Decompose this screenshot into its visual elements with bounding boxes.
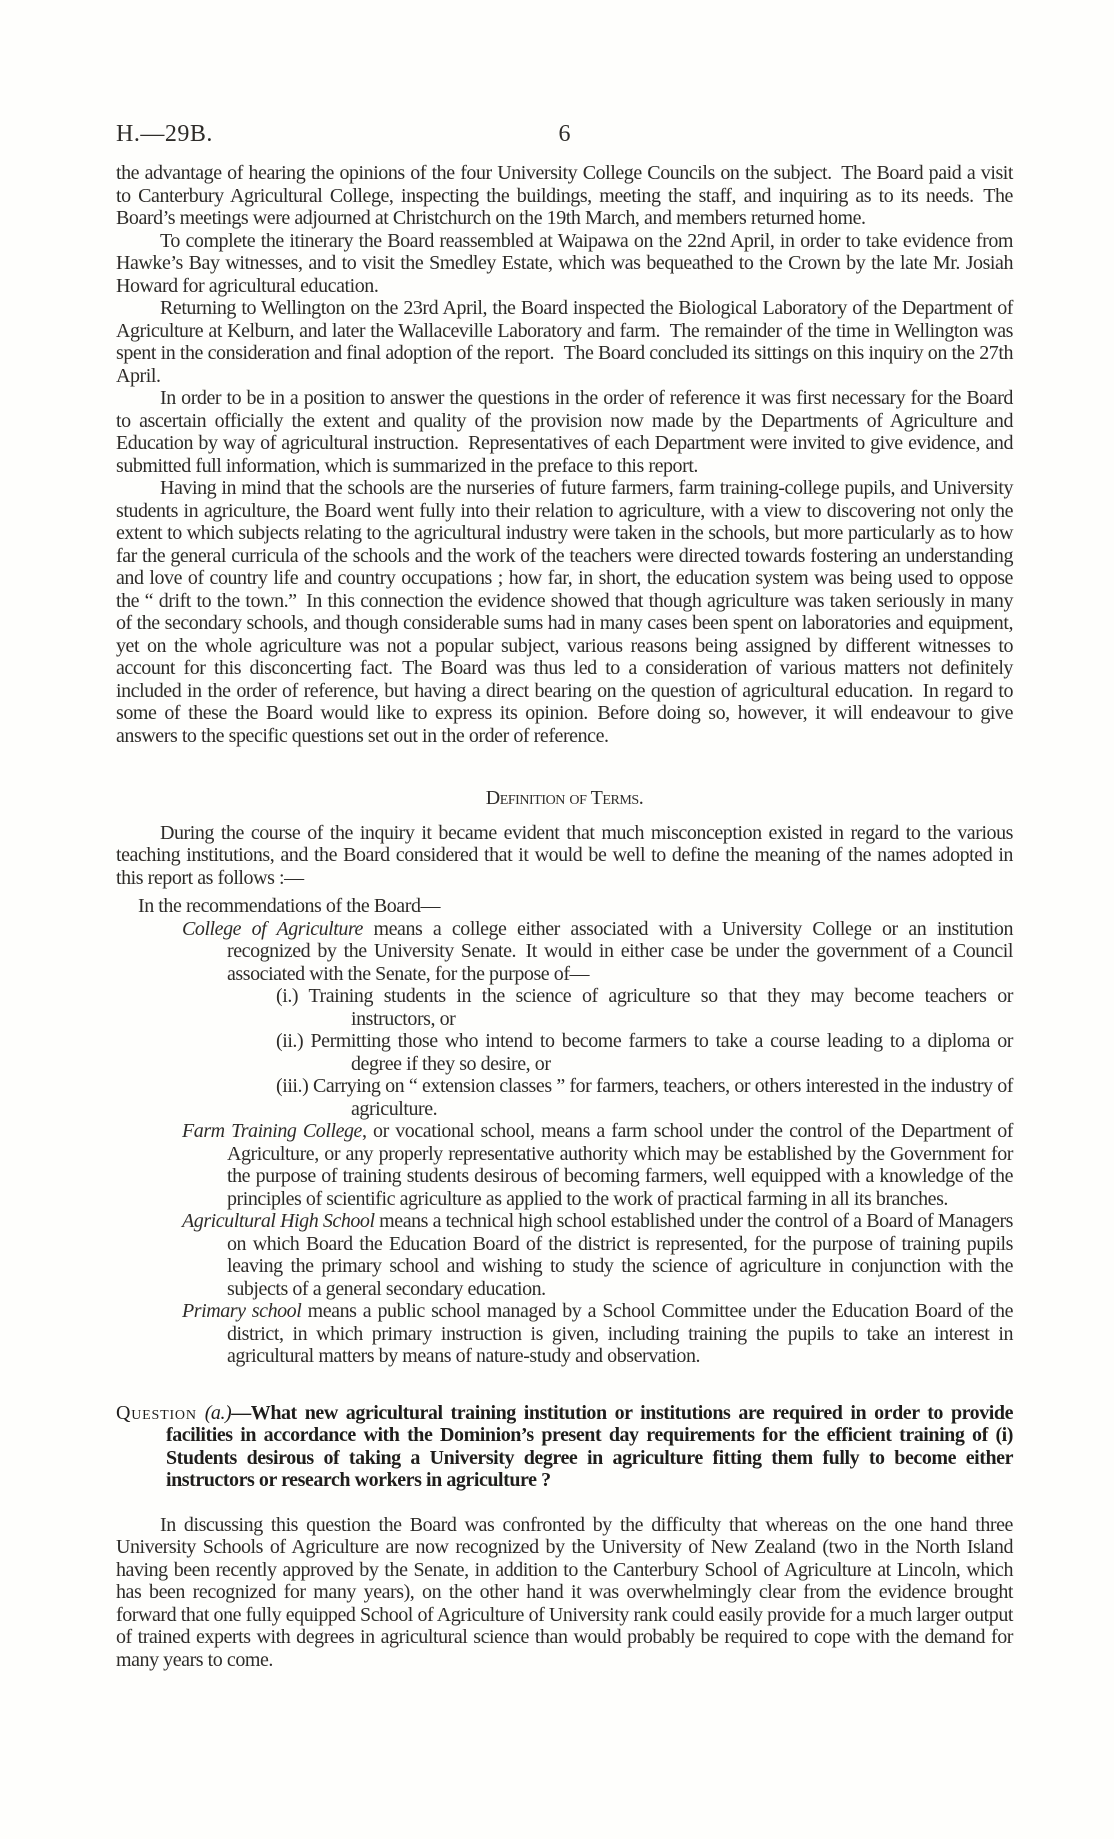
definition-subitem-i: (i.) Training students in the science of… xyxy=(116,985,1013,1030)
definition-item-college-of-agriculture: College of Agriculture means a college e… xyxy=(116,918,1013,986)
subitem-label: (ii.) xyxy=(276,1030,303,1052)
section-heading-definition-of-terms: Definition of Terms. xyxy=(116,787,1013,810)
definition-term: Primary school xyxy=(182,1300,301,1322)
document-body: the advantage of hearing the opinions of… xyxy=(116,162,1013,1671)
definition-item-agricultural-high-school: Agricultural High School means a technic… xyxy=(116,1210,1013,1300)
definition-term: College of Agriculture xyxy=(182,918,363,940)
document-page: H.—29B. 6 the advantage of hearing the o… xyxy=(0,0,1114,1839)
definition-subitem-ii: (ii.) Permitting those who intend to bec… xyxy=(116,1030,1013,1075)
definition-item-primary-school: Primary school means a public school man… xyxy=(116,1300,1013,1368)
subitem-text: Training students in the science of agri… xyxy=(308,985,1013,1030)
definition-item-farm-training-college: Farm Training College, or vocational sch… xyxy=(116,1120,1013,1210)
paragraph-schools-relation: Having in mind that the schools are the … xyxy=(116,477,1013,747)
question-a-heading: Question (a.)—What new agricultural trai… xyxy=(116,1402,1013,1492)
page-header: H.—29B. 6 xyxy=(116,120,1013,150)
paragraph-returning-wellington: Returning to Wellington on the 23rd Apri… xyxy=(116,297,1013,387)
question-text: —What new agricultural training institut… xyxy=(166,1402,1013,1492)
subitem-label: (i.) xyxy=(276,985,298,1007)
paragraph-discussion: In discussing this question the Board wa… xyxy=(116,1514,1013,1672)
subitem-text: Permitting those who intend to become fa… xyxy=(310,1030,1013,1075)
paragraph-order-of-reference: In order to be in a position to answer t… xyxy=(116,387,1013,477)
definition-term: Farm Training College xyxy=(182,1120,362,1142)
paragraph-itinerary: To complete the itinerary the Board reas… xyxy=(116,230,1013,298)
subitem-label: (iii.) xyxy=(276,1075,308,1097)
page-content: H.—29B. 6 the advantage of hearing the o… xyxy=(116,120,1013,1671)
paragraph-definitions-intro: During the course of the inquiry it beca… xyxy=(116,822,1013,890)
definition-subitem-iii: (iii.) Carrying on “ extension classes ”… xyxy=(116,1075,1013,1120)
page-number: 6 xyxy=(116,120,1013,148)
definition-term: Agricultural High School xyxy=(182,1210,375,1232)
definition-text: means a public school managed by a Schoo… xyxy=(227,1300,1013,1367)
question-reference: (a.) xyxy=(205,1402,232,1424)
subitem-text: Carrying on “ extension classes ” for fa… xyxy=(313,1075,1013,1120)
definitions-lead-in: In the recommendations of the Board— xyxy=(116,895,1013,918)
paragraph-continuation: the advantage of hearing the opinions of… xyxy=(116,162,1013,230)
question-label: Question xyxy=(116,1402,197,1424)
